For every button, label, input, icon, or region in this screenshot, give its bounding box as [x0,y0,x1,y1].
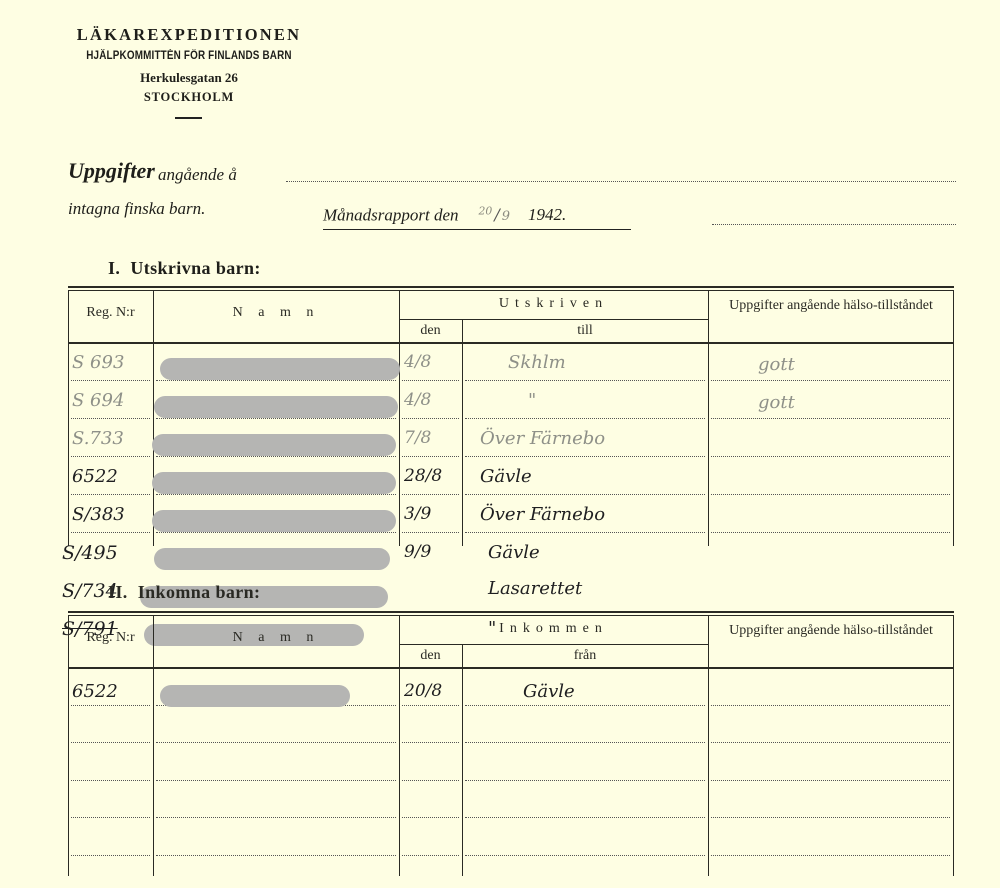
table-top-rule-inner [68,615,954,616]
group-header-rule [399,644,708,645]
row-rule [711,855,950,856]
row-rule [71,418,150,419]
row-rule [402,380,459,381]
col-header-admitted: Inkommen [399,621,708,637]
section-1-title: Utskrivna barn: [130,258,261,278]
row-rule [711,456,950,457]
col-header-till: till [462,323,708,339]
row-rule [711,532,950,533]
discharge-date: 7/8 [404,428,431,448]
discharged-children-table: Reg. N:r N a m n Utskriven den till Uppg… [68,286,954,546]
row-rule [465,780,705,781]
form-subtitle: intagna finska barn. [68,199,205,219]
row-rule [156,456,396,457]
col-header-den: den [399,323,462,339]
health-status: gott [758,392,795,413]
header-bottom-rule [68,667,954,669]
row-rule [711,742,950,743]
row-rule [465,418,705,419]
row-rule [71,532,150,533]
row-rule [156,418,396,419]
row-rule [71,705,150,706]
reg-number: S/383 [72,504,125,525]
col-border [462,644,463,876]
section-1-heading: I.Utskrivna barn: [108,258,261,279]
letterhead-city: STOCKHOLM [68,90,310,105]
row-rule [711,380,950,381]
col-border [153,290,154,546]
discharged-to: Gävle [480,466,532,487]
row-rule [156,380,396,381]
col-header-name: N a m n [153,630,399,646]
discharge-date: 4/8 [404,352,431,372]
section-1-number: I. [108,258,120,278]
form-title-rest: angående å [158,165,237,185]
reg-number: S/495 [62,542,118,564]
col-header-fran: från [462,648,708,664]
form-title: Uppgifter [68,158,155,184]
row-rule [156,742,396,743]
row-rule [711,780,950,781]
discharged-to: Över Färnebo [480,428,605,449]
col-header-health: Uppgifter angående hälso-tillståndet [723,621,939,640]
admission-date: 20/8 [404,681,442,701]
redacted-name [154,396,398,418]
admitted-from: Gävle [523,681,575,702]
discharge-date: 9/9 [404,542,431,562]
row-rule [402,705,459,706]
col-border [953,615,954,876]
row-rule [402,817,459,818]
discharged-to: " [528,390,536,411]
row-rule [71,855,150,856]
section-2-number: II. [108,582,128,602]
row-rule [711,705,950,706]
group-header-rule [399,319,708,320]
reg-number: 6522 [72,681,118,702]
col-header-den: den [399,648,462,664]
title-fill-line [286,181,956,182]
row-rule [465,494,705,495]
col-border [708,290,709,546]
col-header-name: N a m n [153,305,399,321]
row-rule [156,494,396,495]
col-header-health: Uppgifter angående hälso-tillståndet [723,296,939,315]
header-bottom-rule [68,342,954,344]
redacted-name [154,548,390,570]
discharged-to: Skhlm [508,352,566,373]
row-rule [71,817,150,818]
col-border [68,290,69,546]
report-day-month: 20/9 [479,209,510,224]
col-header-reg: Reg. N:r [68,305,153,321]
admitted-children-table: Reg. N:r N a m n Inkommen den från Uppgi… [68,611,954,876]
row-rule [465,855,705,856]
row-rule [711,418,950,419]
letterhead-committee: HJÄLPKOMMITTÉN FÖR FINLANDS BARN [85,50,293,62]
report-fill-line [712,224,956,225]
redacted-name [160,685,350,707]
col-border [708,615,709,876]
reg-number: S 693 [72,352,124,373]
row-rule [465,456,705,457]
discharged-to: Över Färnebo [480,504,605,525]
row-rule [156,780,396,781]
row-rule [71,380,150,381]
row-rule [402,532,459,533]
discharge-date: 3/9 [404,504,431,524]
reg-number: S 694 [72,390,124,411]
redacted-name [152,472,396,494]
discharged-to: Lasarettet [488,578,582,599]
row-rule [402,855,459,856]
row-rule [402,494,459,495]
row-rule [402,742,459,743]
row-rule [465,742,705,743]
section-2-title: Inkomna barn: [138,582,261,602]
discharged-to: Gävle [488,542,540,563]
row-rule [71,780,150,781]
row-rule [402,456,459,457]
report-month: 9 [502,209,510,224]
row-rule [711,817,950,818]
row-rule [156,532,396,533]
row-rule [465,532,705,533]
section-2-heading: II.Inkomna barn: [108,582,260,603]
letterhead-divider [175,117,202,119]
col-header-discharged: Utskriven [399,296,708,312]
table-top-rule-inner [68,290,954,291]
row-rule [71,456,150,457]
letterhead-organization: LÄKAREXPEDITIONEN [68,25,310,45]
row-rule [71,742,150,743]
row-rule [402,780,459,781]
report-day: 20 [479,205,493,218]
row-rule [465,380,705,381]
table-top-rule [68,611,954,613]
report-year: 1942. [528,205,566,224]
discharge-date: 28/8 [404,466,442,486]
row-rule [465,705,705,706]
letterhead-street: Herkulesgatan 26 [68,70,310,86]
col-header-reg: Reg. N:r [68,630,153,646]
row-rule [711,494,950,495]
discharge-date: 4/8 [404,390,431,410]
row-rule [156,855,396,856]
table-top-rule [68,286,954,288]
row-rule [402,418,459,419]
row-rule [465,817,705,818]
col-border [953,290,954,546]
health-status: gott [758,354,795,375]
redacted-name [152,510,396,532]
col-border [153,615,154,876]
row-rule [156,817,396,818]
row-rule [71,494,150,495]
monthly-report-date: Månadsrapport den20/91942. [323,205,631,230]
col-border [68,615,69,876]
reg-number: 6522 [72,466,118,487]
reg-number: S.733 [72,428,124,449]
redacted-name [152,434,396,456]
redacted-name [160,358,400,380]
report-label: Månadsrapport den [323,205,459,224]
col-border [462,319,463,546]
